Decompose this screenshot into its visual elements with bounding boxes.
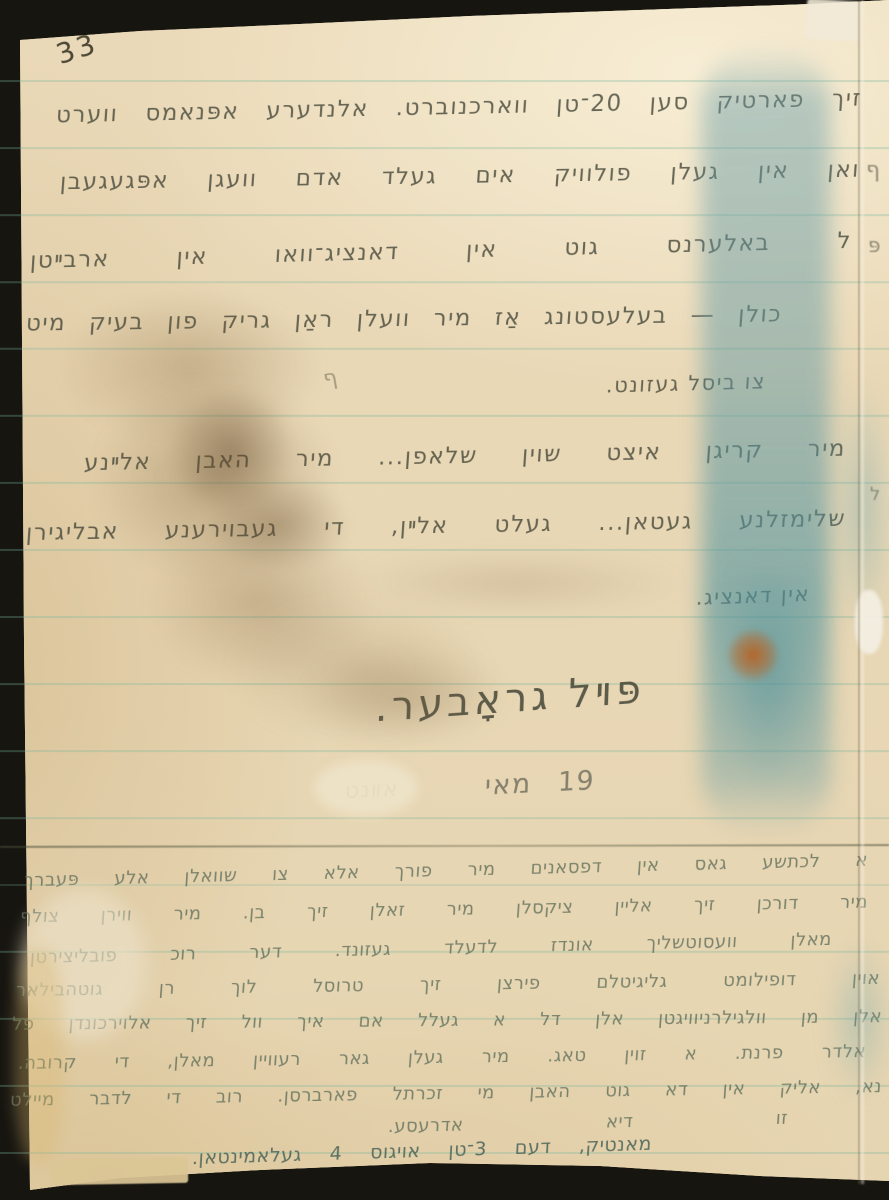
scanned-letter-page: 33 זיך פארטיק סען 20־טן ווארכנוברט. אלנד… [0, 0, 889, 1200]
edge-writing-fragment: ל [870, 484, 880, 505]
edge-writing-fragment: ף [866, 158, 880, 183]
page-crease [858, 0, 860, 1184]
edge-writing-fragment: פּ [868, 233, 881, 257]
handwritten-line: אין דאנציג. [687, 582, 810, 610]
page-crease-highlight [861, 0, 864, 1184]
date-faint-word: אװנט [321, 776, 422, 805]
stray-pen-mark: ף [316, 364, 346, 393]
